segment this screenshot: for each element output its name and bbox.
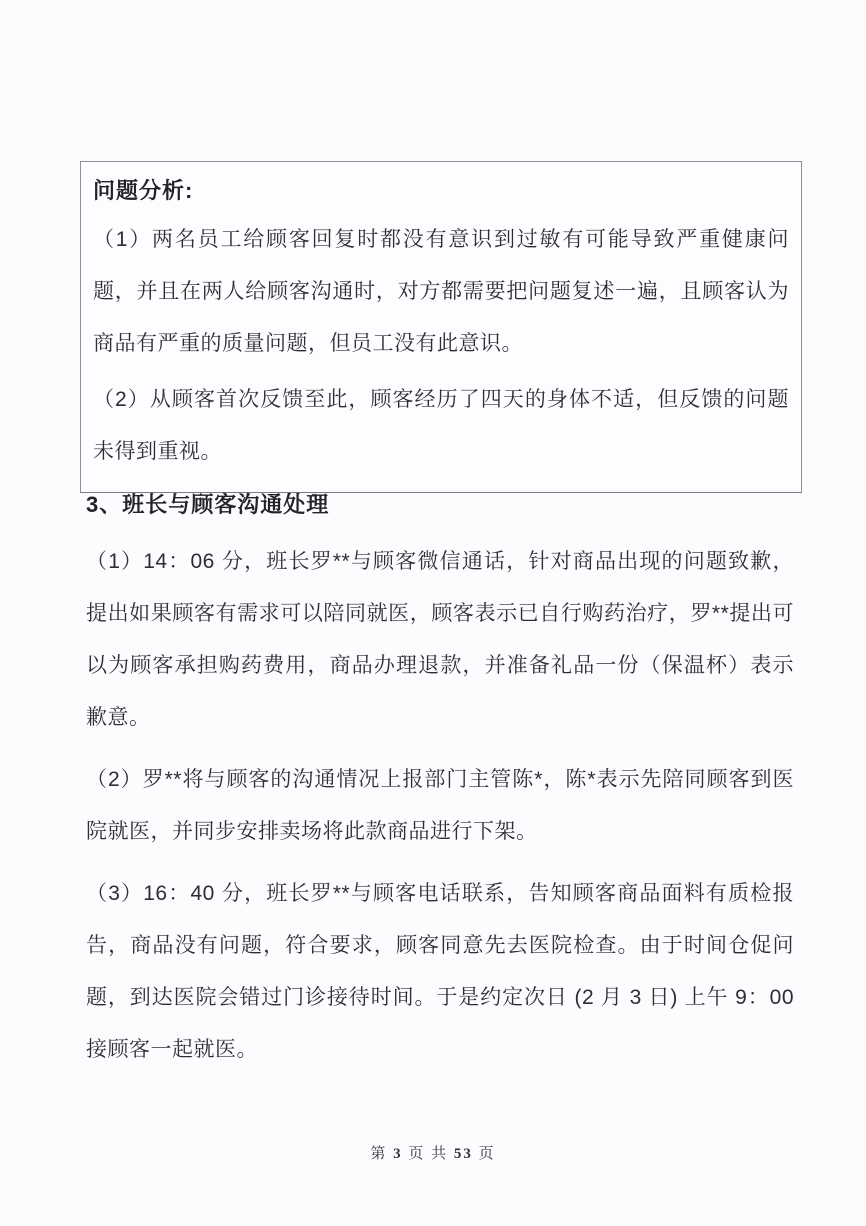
problem-analysis-box: 问题分析: （1）两名员工给顾客回复时都没有意识到过敏有可能导致严重健康问题，并… [80, 161, 802, 493]
analysis-paragraph-1: （1）两名员工给顾客回复时都没有意识到过敏有可能导致严重健康问题，并且在两人给顾… [93, 214, 789, 370]
page-footer: 第 3 页 共 53 页 [0, 1142, 866, 1163]
footer-label-of: 共 [431, 1146, 448, 1162]
footer-label-prefix: 第 [370, 1146, 387, 1162]
section-paragraph-1: （1）14：06 分，班长罗**与顾客微信通话，针对商品出现的问题致歉，提出如果… [86, 536, 794, 744]
section-paragraph-2: （2）罗**将与顾客的沟通情况上报部门主管陈*，陈*表示先陪同顾客到医院就医，并… [86, 754, 794, 858]
footer-label-page: 页 [408, 1146, 425, 1162]
footer-page-number: 3 [393, 1146, 403, 1162]
document-page: 问题分析: （1）两名员工给顾客回复时都没有意识到过敏有可能导致严重健康问题，并… [0, 0, 866, 1226]
analysis-paragraph-2: （2）从顾客首次反馈至此，顾客经历了四天的身体不适，但反馈的问题未得到重视。 [93, 374, 789, 478]
analysis-box-title: 问题分析: [93, 174, 789, 208]
section-paragraph-3: （3）16：40 分，班长罗**与顾客电话联系，告知顾客商品面料有质检报告，商品… [86, 868, 794, 1076]
section-heading: 3、班长与顾客沟通处理 [86, 490, 794, 520]
footer-total-pages: 53 [454, 1146, 473, 1162]
footer-label-page-2: 页 [479, 1146, 496, 1162]
section-communication-handling: 3、班长与顾客沟通处理 （1）14：06 分，班长罗**与顾客微信通话，针对商品… [86, 490, 794, 1086]
